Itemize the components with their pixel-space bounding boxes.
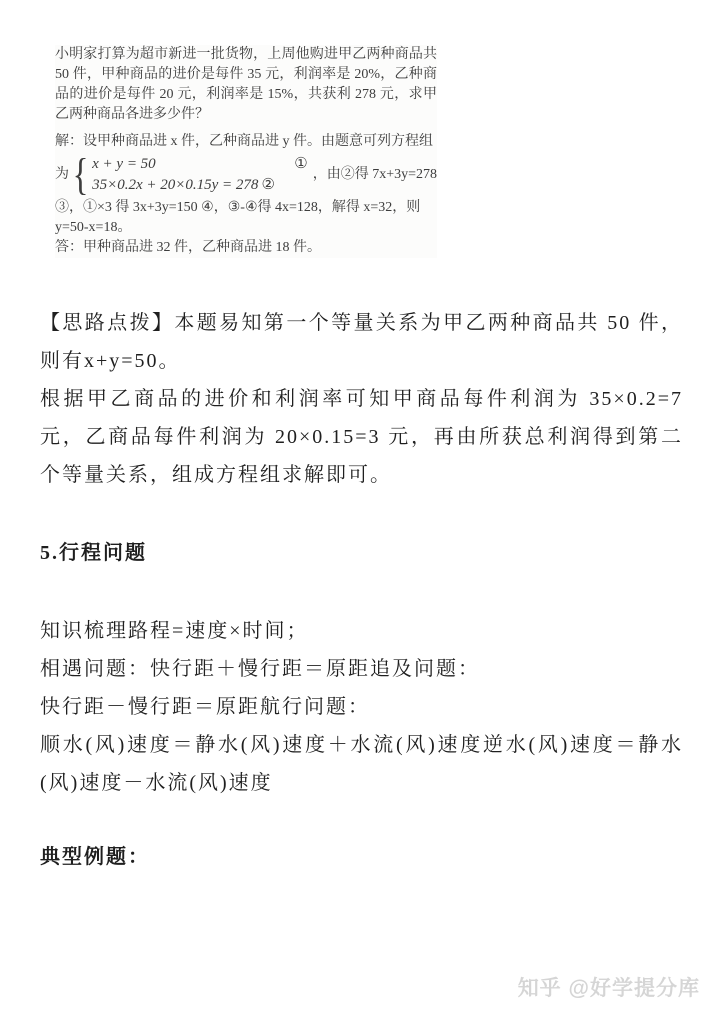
examples-heading: 典型例题：	[40, 838, 683, 876]
answer-line: 答：甲种商品进 32 件，乙种商品进 18 件。	[55, 238, 437, 258]
system-prefix: 为	[55, 165, 69, 185]
equation-2: 35×0.2x + 20×0.15y = 278	[92, 175, 258, 196]
knowledge-line-pursuit-problem: 快行距－慢行距＝原距航行问题：	[40, 688, 683, 726]
equations-column: x + y = 50 ① 35×0.2x + 20×0.15y = 278 ②	[92, 154, 308, 196]
hint-paragraph-2: 根据甲乙商品的进价和利润率可知甲商品每件利润为 35×0.2=7 元，乙商品每件…	[40, 380, 683, 494]
section-5-heading: 5.行程问题	[40, 534, 683, 572]
knowledge-line-distance-formula: 知识梳理路程=速度×时间；	[40, 612, 683, 650]
equation-2-row: 35×0.2x + 20×0.15y = 278 ②	[92, 175, 308, 196]
knowledge-block: 知识梳理路程=速度×时间； 相遇问题：快行距＋慢行距＝原距追及问题： 快行距－慢…	[40, 612, 683, 802]
brace-glyph: {	[73, 153, 89, 197]
embedded-problem-image: 小明家打算为超市新进一批货物，上周他购进甲乙两种商品共 50 件，甲种商品的进价…	[55, 45, 437, 258]
equation-1-label: ①	[294, 154, 307, 175]
knowledge-line-current-speed: 顺水(风)速度＝静水(风)速度＋水流(风)速度逆水(风)速度＝静水(风)速度－水…	[40, 726, 683, 802]
solution-result: y=50-x=18。	[55, 218, 437, 238]
solution-step: ③，①×3 得 3x+3y=150 ④，③-④得 4x=128，解得 x=32，…	[55, 198, 437, 218]
equation-1: x + y = 50	[92, 154, 156, 175]
equation-2-label: ②	[261, 175, 274, 196]
document-page: 小明家打算为超市新进一批货物，上周他购进甲乙两种商品共 50 件，甲种商品的进价…	[0, 0, 720, 876]
problem-statement: 小明家打算为超市新进一批货物，上周他购进甲乙两种商品共 50 件，甲种商品的进价…	[55, 45, 437, 125]
equation-system: 为 { x + y = 50 ① 35×0.2x + 20×0.15y = 27…	[55, 153, 437, 197]
system-derivation: ，由②得 7x+3y=278	[313, 165, 437, 185]
knowledge-line-meeting-problem: 相遇问题：快行距＋慢行距＝原距追及问题：	[40, 650, 683, 688]
zhihu-watermark: 知乎 @好学提分库	[518, 972, 700, 1002]
solution-intro: 解：设甲种商品进 x 件，乙种商品进 y 件。由题意可列方程组	[55, 132, 437, 152]
hint-paragraph-1: 【思路点拨】本题易知第一个等量关系为甲乙两种商品共 50 件，则有x+y=50。	[40, 304, 683, 380]
equation-1-row: x + y = 50 ①	[92, 154, 308, 175]
